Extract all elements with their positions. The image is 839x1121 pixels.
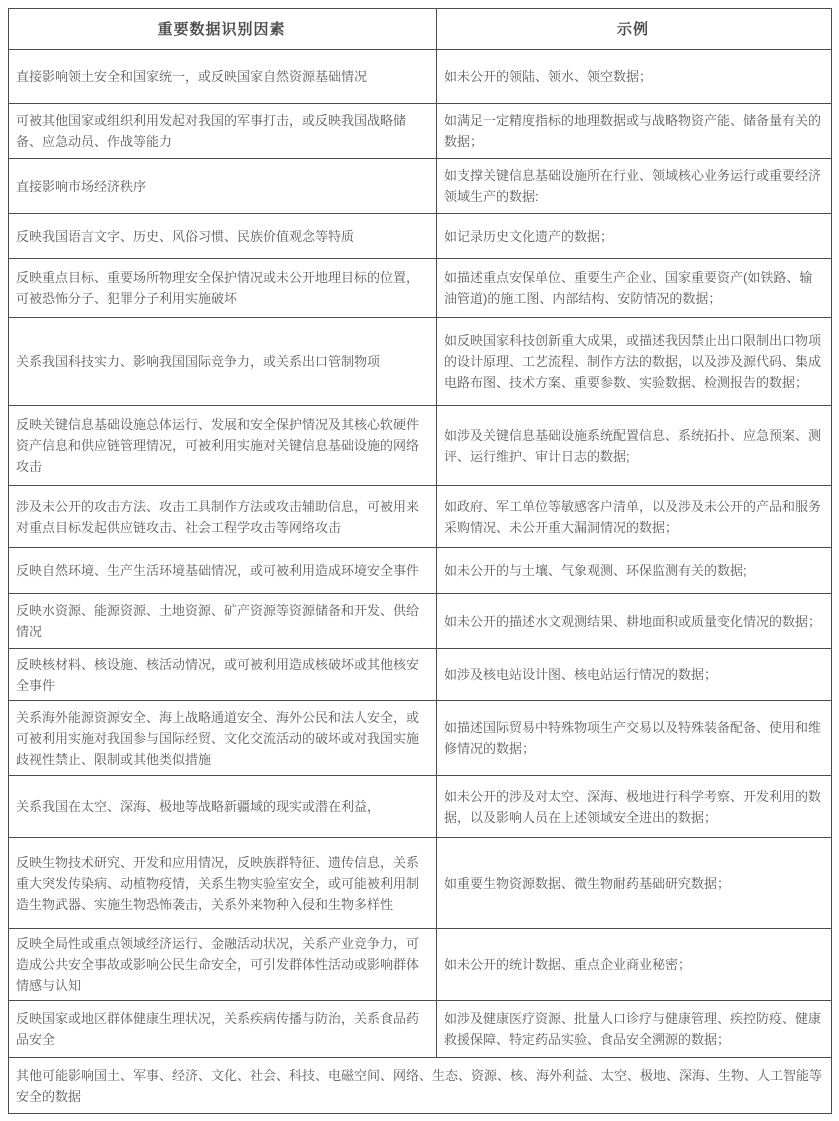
table-row: 涉及未公开的攻击方法、攻击工具制作方法或攻击辅助信息，可被用来对重点目标发起供应… (9, 486, 832, 548)
table-row: 关系我国在太空、深海、极地等战略新疆域的现实或潜在利益， 如未公开的涉及对太空、… (9, 776, 832, 838)
header-row: 重要数据识别因素 示例 (9, 9, 832, 50)
example-cell: 如涉及核电站设计图、核电站运行情况的数据； (437, 649, 832, 701)
factor-cell: 反映我国语言文字、历史、风俗习惯、民族价值观念等特质 (9, 214, 437, 259)
example-cell: 如满足一定精度指标的地理数据或与战略物资产能、储备量有关的数据； (437, 104, 832, 159)
table-row: 反映重点目标、重要场所物理安全保护情况或未公开地理目标的位置，可被恐怖分子、犯罪… (9, 259, 832, 318)
factor-cell: 关系我国在太空、深海、极地等战略新疆域的现实或潜在利益， (9, 776, 437, 838)
factor-cell: 涉及未公开的攻击方法、攻击工具制作方法或攻击辅助信息，可被用来对重点目标发起供应… (9, 486, 437, 548)
example-cell: 如涉及关键信息基础设施系统配置信息、系统拓扑、应急预案、测评、运行维护、审计日志… (437, 406, 832, 486)
table-row: 反映核材料、核设施、核活动情况，或可被利用造成核破坏或其他核安全事件 如涉及核电… (9, 649, 832, 701)
table-row: 关系海外能源资源安全、海上战略通道安全、海外公民和法人安全，或可被利用实施对我国… (9, 701, 832, 776)
factor-cell: 反映水资源、能源资源、土地资源、矿产资源等资源储备和开发、供给情况 (9, 594, 437, 649)
table-row: 反映自然环境、生产生活环境基础情况，或可被利用造成环境安全事件 如未公开的与土壤… (9, 548, 832, 594)
example-cell: 如重要生物资源数据、微生物耐药基础研究数据； (437, 838, 832, 929)
example-cell: 如反映国家科技创新重大成果，或描述我因禁止出口限制出口物项的设计原理、工艺流程、… (437, 318, 832, 406)
table-row-footer: 其他可能影响国土、军事、经济、文化、社会、科技、电磁空间、网络、生态、资源、核、… (9, 1058, 832, 1114)
table-row: 反映我国语言文字、历史、风俗习惯、民族价值观念等特质 如记录历史文化遗产的数据； (9, 214, 832, 259)
header-example-column: 示例 (437, 9, 832, 50)
factor-cell: 关系海外能源资源安全、海上战略通道安全、海外公民和法人安全，或可被利用实施对我国… (9, 701, 437, 776)
table-row: 反映国家或地区群体健康生理状况，关系疾病传播与防治，关系食品药品安全 如涉及健康… (9, 1001, 832, 1058)
factor-cell: 可被其他国家或组织利用发起对我国的军事打击，或反映我国战略储备、应急动员、作战等… (9, 104, 437, 159)
table-row: 反映水资源、能源资源、土地资源、矿产资源等资源储备和开发、供给情况 如未公开的描… (9, 594, 832, 649)
factor-cell: 直接影响领土安全和国家统一，或反映国家自然资源基础情况 (9, 50, 437, 104)
table-row: 可被其他国家或组织利用发起对我国的军事打击，或反映我国战略储备、应急动员、作战等… (9, 104, 832, 159)
footer-cell: 其他可能影响国土、军事、经济、文化、社会、科技、电磁空间、网络、生态、资源、核、… (9, 1058, 832, 1114)
example-cell: 如记录历史文化遗产的数据； (437, 214, 832, 259)
example-cell: 如未公开的与土壤、气象观测、环保监测有关的数据; (437, 548, 832, 594)
factor-cell: 反映核材料、核设施、核活动情况，或可被利用造成核破坏或其他核安全事件 (9, 649, 437, 701)
important-data-identification-table: 重要数据识别因素 示例 直接影响领土安全和国家统一，或反映国家自然资源基础情况 … (8, 8, 832, 1114)
example-cell: 如未公开的领陆、领水、领空数据； (437, 50, 832, 104)
factor-cell: 反映国家或地区群体健康生理状况，关系疾病传播与防治，关系食品药品安全 (9, 1001, 437, 1058)
header-factor-column: 重要数据识别因素 (9, 9, 437, 50)
example-cell: 如涉及健康医疗资源、批量人口诊疗与健康管理、疾控防疫、健康救援保障、特定药品实验… (437, 1001, 832, 1058)
example-cell: 如政府、军工单位等敏感客户清单，以及涉及未公开的产品和服务采购情况、未公开重大漏… (437, 486, 832, 548)
factor-cell: 直接影响市场经济秩序 (9, 159, 437, 214)
table-row: 反映关键信息基础设施总体运行、发展和安全保护情况及其核心软硬件资产信息和供应链管… (9, 406, 832, 486)
table-row: 关系我国科技实力、影响我国国际竞争力，或关系出口管制物项 如反映国家科技创新重大… (9, 318, 832, 406)
factor-cell: 关系我国科技实力、影响我国国际竞争力，或关系出口管制物项 (9, 318, 437, 406)
factor-cell: 反映全局性或重点领域经济运行、金融活动状况，关系产业竞争力，可造成公共安全事故或… (9, 929, 437, 1001)
table-row: 反映全局性或重点领域经济运行、金融活动状况，关系产业竞争力，可造成公共安全事故或… (9, 929, 832, 1001)
table-row: 直接影响市场经济秩序 如支撑关键信息基础设施所在行业、领域核心业务运行或重要经济… (9, 159, 832, 214)
example-cell: 如支撑关键信息基础设施所在行业、领域核心业务运行或重要经济领域生产的数据: (437, 159, 832, 214)
table-row: 反映生物技术研究、开发和应用情况，反映族群特征、遗传信息，关系重大突发传染病、动… (9, 838, 832, 929)
example-cell: 如描述重点安保单位、重要生产企业、国家重要资产(如铁路、输油管道)的施工图、内部… (437, 259, 832, 318)
example-cell: 如未公开的涉及对太空、深海、极地进行科学考察、开发利用的数据，以及影响人员在上述… (437, 776, 832, 838)
page: 重要数据识别因素 示例 直接影响领土安全和国家统一，或反映国家自然资源基础情况 … (0, 0, 839, 1121)
factor-cell: 反映重点目标、重要场所物理安全保护情况或未公开地理目标的位置，可被恐怖分子、犯罪… (9, 259, 437, 318)
example-cell: 如未公开的描述水文观测结果、耕地面积或质量变化情况的数据； (437, 594, 832, 649)
example-cell: 如描述国际贸易中特殊物项生产交易以及特殊装备配备、使用和维修情况的数据； (437, 701, 832, 776)
example-cell: 如未公开的统计数据、重点企业商业秘密； (437, 929, 832, 1001)
factor-cell: 反映生物技术研究、开发和应用情况，反映族群特征、遗传信息，关系重大突发传染病、动… (9, 838, 437, 929)
factor-cell: 反映关键信息基础设施总体运行、发展和安全保护情况及其核心软硬件资产信息和供应链管… (9, 406, 437, 486)
factor-cell: 反映自然环境、生产生活环境基础情况，或可被利用造成环境安全事件 (9, 548, 437, 594)
table-row: 直接影响领土安全和国家统一，或反映国家自然资源基础情况 如未公开的领陆、领水、领… (9, 50, 832, 104)
